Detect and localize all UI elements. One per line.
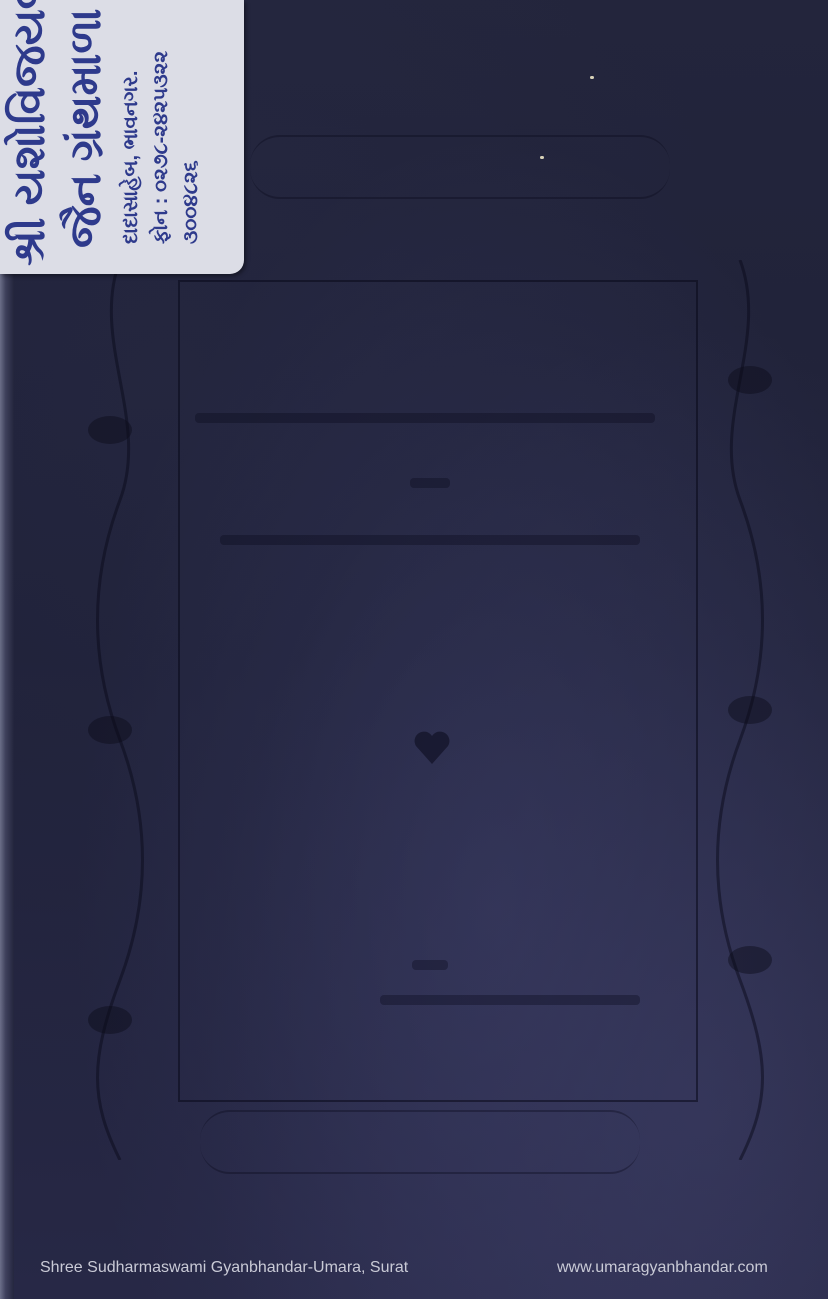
left-floral-vine-icon <box>80 260 160 1160</box>
embossed-title-line-3 <box>220 535 640 545</box>
label-subtitle: જૈન ગ્રંથમાળા <box>56 0 116 274</box>
bottom-ornamental-band <box>200 1110 640 1174</box>
embossed-title-line-2 <box>410 478 450 488</box>
top-ornamental-band <box>250 135 670 199</box>
cover-frame-border <box>178 280 698 1102</box>
embossed-publisher-line-1 <box>412 960 448 970</box>
label-accession-number: ૩૦૦૪૮૨૬ <box>176 0 206 274</box>
footer-library-name: Shree Sudharmaswami Gyanbhandar-Umara, S… <box>40 1259 408 1277</box>
embossed-title-line-1 <box>195 413 655 423</box>
dust-speck <box>540 156 544 159</box>
embossed-publisher-line-2 <box>380 995 640 1005</box>
footer-website-link[interactable]: www.umaragyanbhandar.com <box>557 1259 768 1277</box>
heart-ornament-icon <box>412 728 452 768</box>
label-address: દાદાસાહેબ, ભાવનગર. <box>116 0 146 274</box>
label-phone: ફોન : ૦૨૭૮-૨૪૨૫૩૨૨ <box>146 0 176 274</box>
label-title: શ્રી યશોવિજયજી <box>4 0 56 274</box>
library-label: શ્રી યશોવિજયજી જૈન ગ્રંથમાળા દાદાસાહેબ, … <box>0 0 244 274</box>
dust-speck <box>590 76 594 79</box>
right-floral-vine-icon <box>700 260 780 1160</box>
